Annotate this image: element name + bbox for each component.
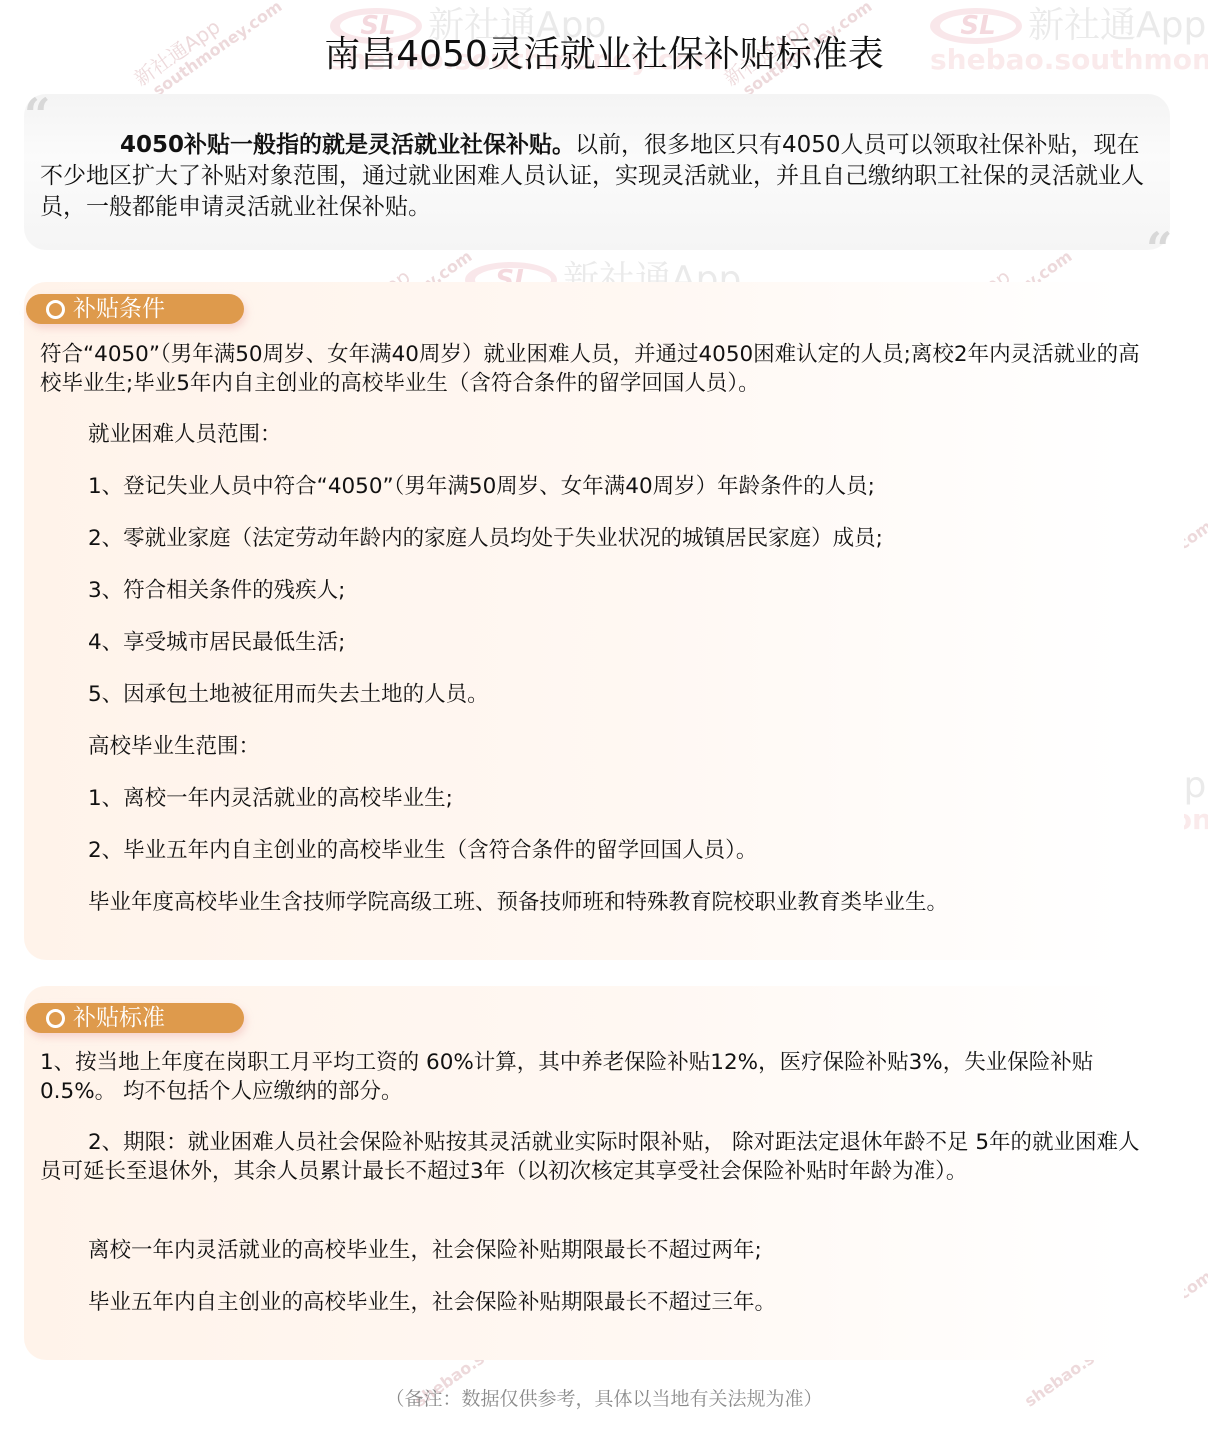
- list-item: 3、符合相关条件的残疾人;: [88, 576, 1198, 605]
- close-quote-icon: “: [1146, 222, 1172, 276]
- intro-bold-lead: 4050补贴一般指的就是灵活就业社保补贴。: [120, 132, 575, 158]
- paragraph: 离校一年内灵活就业的高校毕业生，社会保险补贴期限最长不超过两年;: [88, 1236, 1198, 1265]
- circle-icon: [46, 1009, 65, 1028]
- section-heading-standards: 补贴标准: [26, 1003, 244, 1033]
- paragraph: 2、期限：就业困难人员社会保险补贴按其灵活就业实际时限补贴， 除对距法定退休年龄…: [40, 1128, 1150, 1186]
- section-heading-conditions: 补贴条件: [26, 294, 244, 324]
- list-item: 4、享受城市居民最低生活;: [88, 628, 1198, 657]
- paragraph: 高校毕业生范围：: [88, 732, 1198, 761]
- intro-paragraph: 4050补贴一般指的就是灵活就业社保补贴。以前，很多地区只有4050人员可以领取…: [40, 130, 1160, 223]
- section-heading-label: 补贴条件: [73, 294, 165, 324]
- paragraph: 毕业年度高校毕业生含技师学院高级工班、预备技师班和特殊教育院校职业教育类毕业生。: [88, 888, 1198, 917]
- list-item: 2、零就业家庭（法定劳动年龄内的家庭人员均处于失业状况的城镇居民家庭）成员;: [88, 524, 1198, 553]
- page-title: 南昌4050灵活就业社保补贴标准表: [0, 26, 1208, 77]
- footer-note: （备注：数据仅供参考，具体以当地有关法规为准）: [0, 1384, 1208, 1411]
- list-item: 2、毕业五年内自主创业的高校毕业生（含符合条件的留学回国人员）。: [88, 836, 1198, 865]
- list-item: 5、因承包土地被征用而失去土地的人员。: [88, 680, 1198, 709]
- list-item: 1、登记失业人员中符合“4050”（男年满50周岁、女年满40周岁）年龄条件的人…: [88, 472, 1198, 501]
- paragraph: 1、按当地上年度在岗职工月平均工资的 60%计算，其中养老保险补贴12%，医疗保…: [40, 1048, 1150, 1106]
- list-item: 1、离校一年内灵活就业的高校毕业生;: [88, 784, 1198, 813]
- section-heading-label: 补贴标准: [73, 1003, 165, 1033]
- paragraph: 符合“4050”（男年满50周岁、女年满40周岁）就业困难人员，并通过4050困…: [40, 340, 1150, 398]
- paragraph: 毕业五年内自主创业的高校毕业生，社会保险补贴期限最长不超过三年。: [88, 1288, 1198, 1317]
- open-quote-icon: “: [24, 88, 50, 142]
- paragraph: 就业困难人员范围：: [88, 420, 1198, 449]
- circle-icon: [46, 300, 65, 319]
